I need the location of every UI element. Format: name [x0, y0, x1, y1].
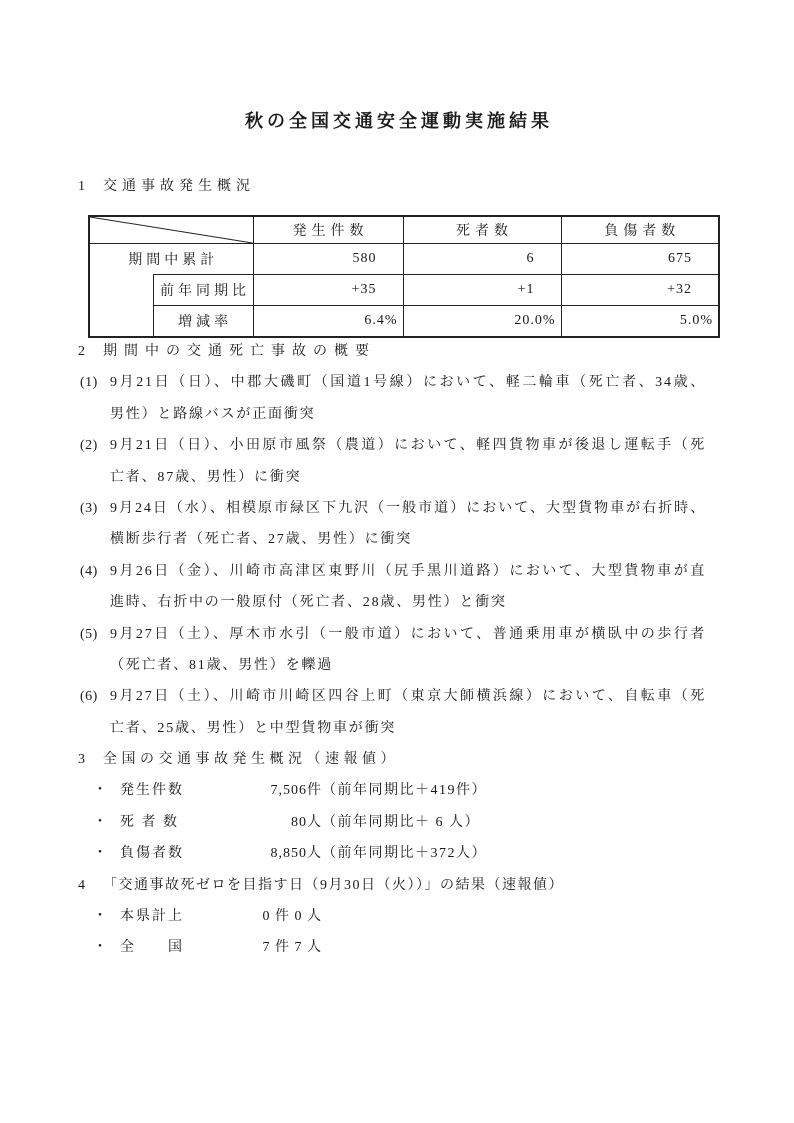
fatal-accident-item-6-line-2: 亡者、25歳、男性）と中型貨物車が衝突 [110, 713, 794, 744]
section3-number: 3 [78, 744, 103, 775]
col-header-deaths: 死者数 [403, 216, 561, 244]
table-header-row: 発生件数 死者数 負傷者数 [89, 216, 719, 244]
row-label-rate: 増減率 [153, 306, 253, 338]
national-stat-incidents: ・発生件数7,506件（前年同期比＋419件） [93, 775, 794, 806]
bullet-icon: ・ [93, 932, 120, 963]
item-2-text: 9月21日（日）、小田原市風祭（農道）において、軽四貨物車が後退し運転手（死 [110, 438, 706, 453]
fatal-accident-item-1-line-2: 男性）と路線バスが正面衝突 [110, 399, 794, 430]
table-row-rate: 増減率 6.4% 20.0% 5.0% [89, 306, 719, 338]
section3-heading-text: 全国の交通事故発生概況（速報値） [103, 752, 399, 767]
diagonal-header-cell [89, 216, 253, 244]
cell-period-incidents: 580 [253, 244, 403, 275]
empty-indent-cell [89, 275, 153, 338]
table-row-yoy: 前年同期比 +35 +1 +32 [89, 275, 719, 306]
row-label-yoy: 前年同期比 [153, 275, 253, 306]
document-page: 秋の全国交通安全運動実施結果 1交通事故発生概況 発生件数 死者数 負傷者数 期… [0, 0, 794, 1123]
national-stat-injured: ・負傷者数8,850人（前年同期比＋372人） [93, 838, 794, 869]
stat-label: 発生件数 [120, 775, 210, 806]
stat-label: 本県計上 [120, 901, 210, 932]
cell-rate-injured: 5.0% [561, 306, 719, 338]
row-label-period-total: 期間中累計 [89, 244, 253, 275]
bullet-icon: ・ [93, 775, 120, 806]
item-4-marker: (4) [80, 556, 98, 587]
section3-heading: 3全国の交通事故発生概況（速報値） [78, 744, 794, 775]
section1-heading-text: 交通事故発生概況 [103, 179, 255, 194]
fatal-accident-item-2-line-2: 亡者、87歳、男性）に衝突 [110, 462, 794, 493]
stat-label: 負傷者数 [120, 838, 210, 869]
fatal-accident-item-3-line-2: 横断歩行者（死亡者、27歳、男性）に衝突 [110, 524, 794, 555]
bullet-icon: ・ [93, 807, 120, 838]
document-body: 2期間中の交通死亡事故の概要 (1)9月21日（日）、中郡大磯町（国道1号線）に… [0, 336, 794, 964]
bullet-icon: ・ [93, 901, 120, 932]
stat-value: 8,850人 [210, 838, 322, 869]
page-title: 秋の全国交通安全運動実施結果 [0, 108, 794, 134]
item-3-text: 9月24日（水）、相模原市緑区下九沢（一般市道）において、大型貨物車が右折時、 [110, 501, 706, 516]
fatal-accident-item-6-line-1: (6)9月27日（土）、川崎市川崎区四谷上町（東京大師横浜線）において、自転車（… [110, 681, 706, 712]
item-5-text: 9月27日（土）、厚木市水引（一般市道）において、普通乗用車が横臥中の歩行者 [110, 627, 706, 642]
item-2-marker: (2) [80, 430, 98, 461]
fatal-accident-item-1-line-1: (1)9月21日（日）、中郡大磯町（国道1号線）において、軽二輪車（死亡者、34… [110, 367, 706, 398]
stat-note: （前年同期比＋ 6 人） [322, 815, 480, 830]
section4-heading: 4「交通事故死ゼロを目指す日（9月30日（火））」の結果（速報値） [78, 870, 794, 901]
item-3-marker: (3) [80, 493, 98, 524]
cell-yoy-injured: +32 [561, 275, 719, 306]
stat-value: 7 件 7 人 [210, 932, 322, 963]
stat-value: 0 件 0 人 [210, 901, 322, 932]
stat-value: 7,506件 [210, 775, 322, 806]
item-6-marker: (6) [80, 681, 98, 712]
fatal-accident-item-5-line-2: （死亡者、81歳、男性）を轢過 [110, 650, 794, 681]
cell-period-deaths: 6 [403, 244, 561, 275]
national-stat-deaths: ・死 者 数80人（前年同期比＋ 6 人） [93, 807, 794, 838]
section1-number: 1 [78, 177, 103, 197]
section2-number: 2 [78, 336, 103, 367]
stat-label: 全 国 [120, 932, 210, 963]
fatal-accident-item-4-line-2: 進時、右折中の一般原付（死亡者、28歳、男性）と衝突 [110, 587, 794, 618]
section2-heading: 2期間中の交通死亡事故の概要 [78, 336, 794, 367]
fatal-accident-item-3-line-1: (3)9月24日（水）、相模原市緑区下九沢（一般市道）において、大型貨物車が右折… [110, 493, 706, 524]
stat-label: 死 者 数 [120, 807, 210, 838]
section4-heading-text: 「交通事故死ゼロを目指す日（9月30日（火））」の結果（速報値） [103, 878, 564, 893]
cell-yoy-deaths: +1 [403, 275, 561, 306]
cell-rate-incidents: 6.4% [253, 306, 403, 338]
section2-heading-text: 期間中の交通死亡事故の概要 [103, 344, 376, 359]
item-5-marker: (5) [80, 619, 98, 650]
fatal-accident-item-2-line-1: (2)9月21日（日）、小田原市風祭（農道）において、軽四貨物車が後退し運転手（… [110, 430, 706, 461]
cell-period-injured: 675 [561, 244, 719, 275]
stat-note: （前年同期比＋419件） [322, 783, 487, 798]
stat-note: （前年同期比＋372人） [322, 846, 487, 861]
item-1-marker: (1) [80, 367, 98, 398]
zero-day-stat-prefecture: ・本県計上0 件 0 人 [93, 901, 794, 932]
item-6-text: 9月27日（土）、川崎市川崎区四谷上町（東京大師横浜線）において、自転車（死 [110, 689, 706, 704]
col-header-incidents: 発生件数 [253, 216, 403, 244]
zero-day-stat-national: ・全 国7 件 7 人 [93, 932, 794, 963]
table-row-period-total: 期間中累計 580 6 675 [89, 244, 719, 275]
item-1-text: 9月21日（日）、中郡大磯町（国道1号線）において、軽二輪車（死亡者、34歳、 [110, 375, 706, 390]
diagonal-line [90, 217, 253, 243]
cell-rate-deaths: 20.0% [403, 306, 561, 338]
stat-value: 80人 [210, 807, 322, 838]
accident-summary-table: 発生件数 死者数 負傷者数 期間中累計 580 6 675 前年同期比 +35 … [88, 215, 720, 338]
col-header-injured: 負傷者数 [561, 216, 719, 244]
bullet-icon: ・ [93, 838, 120, 869]
section4-number: 4 [78, 870, 103, 901]
cell-yoy-incidents: +35 [253, 275, 403, 306]
item-4-text: 9月26日（金）、川崎市高津区東野川（尻手黒川道路）において、大型貨物車が直 [110, 564, 706, 579]
fatal-accident-item-4-line-1: (4)9月26日（金）、川崎市高津区東野川（尻手黒川道路）において、大型貨物車が… [110, 556, 706, 587]
section1-heading: 1交通事故発生概況 [78, 177, 255, 197]
fatal-accident-item-5-line-1: (5)9月27日（土）、厚木市水引（一般市道）において、普通乗用車が横臥中の歩行… [110, 619, 706, 650]
